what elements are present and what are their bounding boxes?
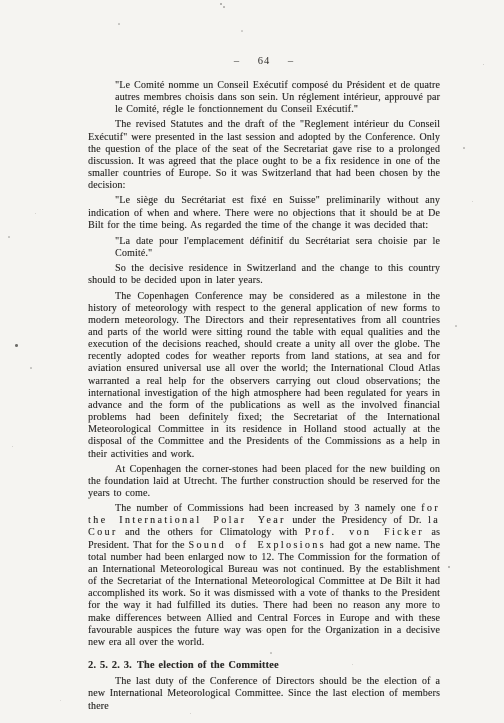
text-segment: "La date pour l'emplacement définitif du… [115, 236, 440, 259]
scan-speck [118, 23, 120, 25]
body-paragraph: So the decisive residence in Switzerland… [88, 263, 440, 287]
text-segment: So the decisive residence in Switzerland… [88, 263, 440, 286]
text-segment: At Copenhagen the corner-stones had been… [88, 464, 440, 499]
scan-speck [220, 3, 222, 5]
scan-speck [30, 367, 32, 369]
scan-speck [463, 147, 465, 149]
text-segment: The last duty of the Conference of Direc… [88, 676, 440, 711]
scan-speck [8, 236, 10, 238]
scan-speck [270, 652, 272, 654]
section-heading: 2. 5. 2. 3.The election of the Committee [88, 660, 440, 672]
text-segment: The revised Statutes and the draft of th… [88, 119, 440, 191]
block-quote: "La date pour l'emplacement définitif du… [115, 236, 440, 260]
scan-speck [455, 325, 457, 327]
scan-speck [12, 446, 13, 447]
scan-speck [223, 6, 225, 8]
section-number: 2. 5. 2. 3. [88, 660, 132, 671]
body-paragraph: The last duty of the Conference of Direc… [88, 676, 440, 712]
section-title: The election of the Committee [137, 660, 279, 671]
scan-speck [472, 201, 473, 202]
letterspaced-text: Sound of Explosions [188, 540, 325, 551]
scan-speck [60, 700, 61, 701]
body-paragraph: The Copenhagen Conference may be conside… [88, 291, 440, 461]
text-segment: under the Presidency of Dr. [286, 515, 428, 526]
body-paragraph: "Le siège du Secrétariat est fixé en Sui… [88, 195, 440, 231]
scan-speck [35, 213, 36, 214]
text-segment: The Copenhagen Conference may be conside… [88, 291, 440, 460]
scan-speck [241, 30, 243, 32]
text-segment: had got a new name. The total number had… [88, 540, 440, 648]
text-segment: "Le siège du Secrétariat est fixé en Sui… [88, 195, 440, 230]
body-paragraph: The number of Commissions had been incre… [88, 503, 440, 649]
scan-speck [448, 566, 450, 568]
text-block: "Le Comité nomme un Conseil Exécutif com… [88, 76, 440, 713]
body-paragraph: At Copenhagen the corner-stones had been… [88, 464, 440, 500]
text-segment: The number of Commissions had been incre… [115, 503, 421, 514]
scan-speck [318, 603, 320, 605]
scan-speck [15, 344, 18, 347]
text-segment: and the others for Climatology with [118, 527, 305, 538]
body-paragraph: The revised Statutes and the draft of th… [88, 119, 440, 192]
text-segment: "Le Comité nomme un Conseil Exécutif com… [115, 80, 440, 115]
block-quote: "Le Comité nomme un Conseil Exécutif com… [115, 80, 440, 116]
letterspaced-text: Prof. von Ficker [305, 527, 424, 538]
page-number: – 64 – [22, 56, 504, 67]
scan-speck [190, 713, 191, 714]
scanned-page: – 64 – "Le Comité nomme un Conseil Exécu… [0, 0, 504, 723]
